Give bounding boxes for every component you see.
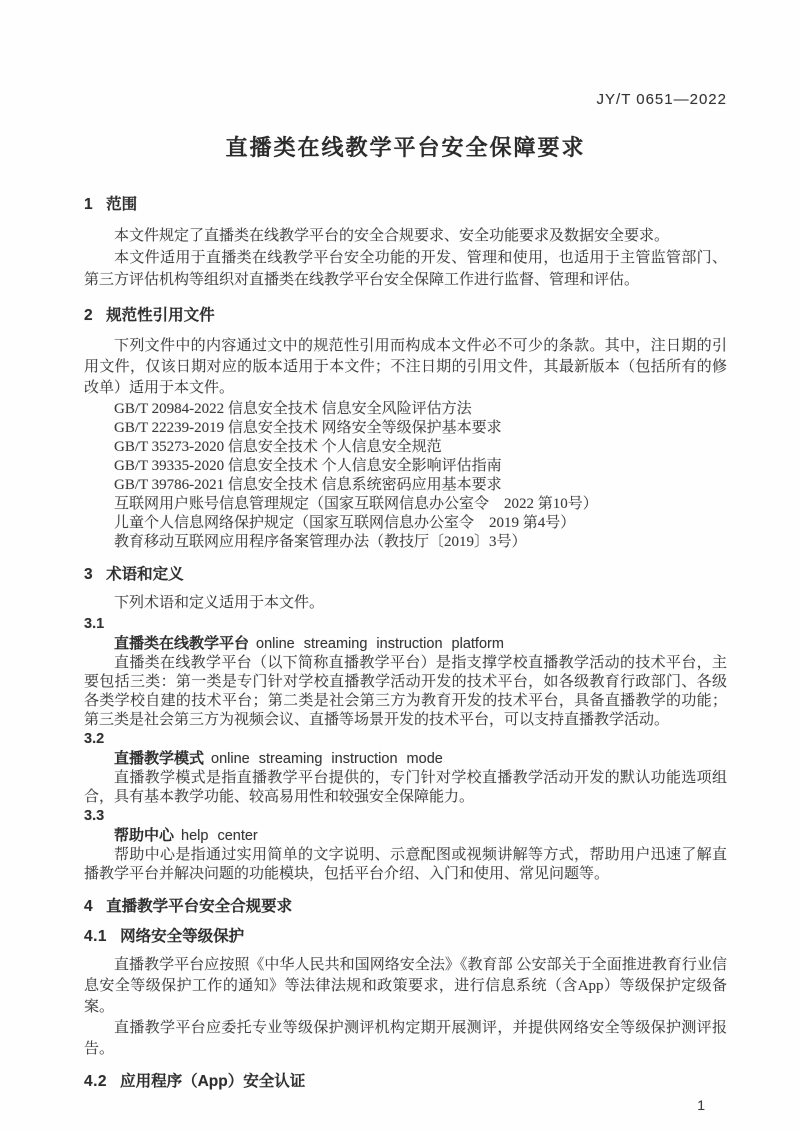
term-clause-3-1: 3.1 直播类在线教学平台online streaming instructio… — [84, 615, 727, 730]
term-definition: 直播教学模式是指直播教学平台提供的，专门针对学校直播教学活动开发的默认功能选项组… — [84, 769, 727, 807]
paragraph: 本文件规定了直播类在线教学平台的安全合规要求、安全功能要求及数据安全要求。 — [84, 225, 727, 247]
section-3-heading: 3术语和定义 — [84, 566, 727, 583]
section-4-heading: 4直播教学平台安全合规要求 — [84, 898, 727, 915]
section-number: 4.1 — [84, 928, 107, 945]
reference-item: GB/T 39786-2021 信息安全技术 信息系统密码应用基本要求 — [84, 476, 727, 495]
paragraph: 直播教学平台应委托专业等级保护测评机构定期开展测评，并提供网络安全等级保护测评报… — [84, 1018, 727, 1060]
document-title: 直播类在线教学平台安全保障要求 — [84, 134, 727, 162]
reference-item: GB/T 35273-2020 信息安全技术 个人信息安全规范 — [84, 438, 727, 457]
section-2-heading: 2规范性引用文件 — [84, 307, 727, 324]
page-content: JY/T 0651—2022 直播类在线教学平台安全保障要求 1范围 本文件规定… — [0, 0, 800, 1113]
page-number: 1 — [84, 1097, 727, 1113]
reference-item: GB/T 22239-2019 信息安全技术 网络安全等级保护基本要求 — [84, 419, 727, 438]
term-title-line: 帮助中心help center — [84, 826, 727, 846]
term-title-line: 直播教学模式online streaming instruction mode — [84, 749, 727, 769]
paragraph: 下列术语和定义适用于本文件。 — [84, 593, 727, 613]
section-number: 4 — [84, 898, 93, 915]
term-title-en: online streaming instruction mode — [211, 751, 443, 767]
term-clause-3-2: 3.2 直播教学模式online streaming instruction m… — [84, 730, 727, 807]
term-number: 3.2 — [84, 730, 727, 749]
term-definition: 直播类在线教学平台（以下简称直播教学平台）是指支撑学校直播教学活动的技术平台，主… — [84, 654, 727, 730]
reference-item: 互联网用户账号信息管理规定（国家互联网信息办公室令 2022 第10号） — [84, 495, 727, 514]
term-number: 3.3 — [84, 807, 727, 826]
term-title: 直播教学模式 — [114, 750, 204, 767]
header-doc-number: JY/T 0651—2022 — [84, 92, 727, 108]
term-title-en: online streaming instruction platform — [256, 636, 504, 652]
terms-list: 3.1 直播类在线教学平台online streaming instructio… — [84, 615, 727, 884]
section-number: 1 — [84, 196, 93, 213]
term-clause-3-3: 3.3 帮助中心help center 帮助中心是指通过实用简单的文字说明、示意… — [84, 807, 727, 884]
term-number: 3.1 — [84, 615, 727, 634]
section-4-1-heading: 4.1网络安全等级保护 — [84, 928, 727, 945]
term-title-en: help center — [181, 828, 258, 844]
section-title: 术语和定义 — [106, 566, 184, 583]
section-1-heading: 1范围 — [84, 196, 727, 213]
term-title-line: 直播类在线教学平台online streaming instruction pl… — [84, 634, 727, 654]
term-title: 帮助中心 — [114, 827, 174, 844]
section-title: 规范性引用文件 — [106, 307, 215, 324]
term-definition: 帮助中心是指通过实用简单的文字说明、示意配图或视频讲解等方式，帮助用户迅速了解直… — [84, 846, 727, 884]
reference-item: GB/T 39335-2020 信息安全技术 个人信息安全影响评估指南 — [84, 457, 727, 476]
section-title: 范围 — [106, 196, 137, 213]
reference-item: GB/T 20984-2022 信息安全技术 信息安全风险评估方法 — [84, 400, 727, 419]
section-number: 3 — [84, 566, 93, 583]
reference-list: GB/T 20984-2022 信息安全技术 信息安全风险评估方法 GB/T 2… — [84, 400, 727, 552]
term-title: 直播类在线教学平台 — [114, 635, 249, 652]
section-4-2-heading: 4.2应用程序（App）安全认证 — [84, 1073, 727, 1090]
reference-item: 教育移动互联网应用程序备案管理办法（教技厅〔2019〕3号） — [84, 533, 727, 552]
reference-item: 儿童个人信息网络保护规定（国家互联网信息办公室令 2019 第4号） — [84, 514, 727, 533]
paragraph: 本文件适用于直播类在线教学平台安全功能的开发、管理和使用，也适用于主管监管部门、… — [84, 247, 727, 291]
section-number: 4.2 — [84, 1073, 107, 1090]
section-title: 应用程序（App）安全认证 — [120, 1073, 305, 1090]
paragraph: 下列文件中的内容通过文中的规范性引用而构成本文件必不可少的条款。其中，注日期的引… — [84, 336, 727, 399]
section-number: 2 — [84, 307, 93, 324]
document-page: JY/T 0651—2022 直播类在线教学平台安全保障要求 1范围 本文件规定… — [0, 0, 800, 1131]
section-title: 网络安全等级保护 — [120, 928, 244, 945]
paragraph: 直播教学平台应按照《中华人民共和国网络安全法》《教育部 公安部关于全面推进教育行… — [84, 955, 727, 1018]
section-title: 直播教学平台安全合规要求 — [106, 898, 292, 915]
